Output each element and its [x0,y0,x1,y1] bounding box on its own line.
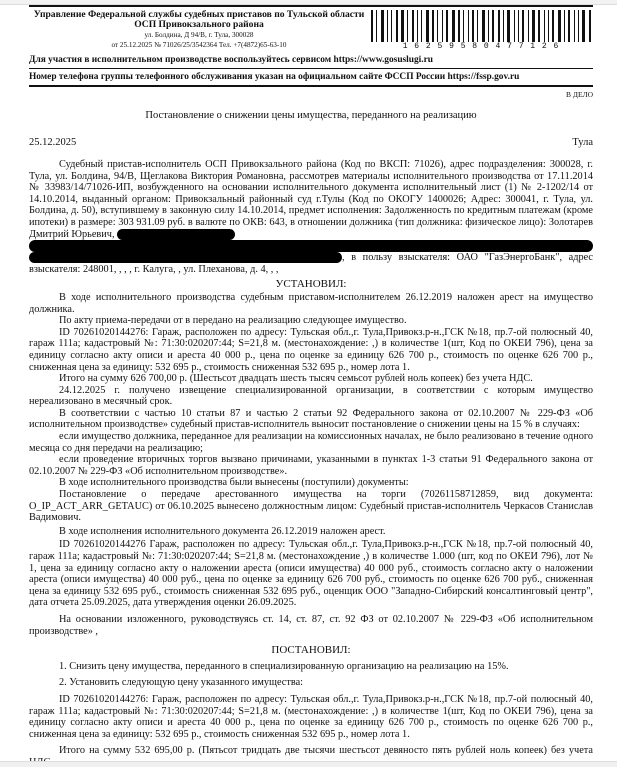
intro-paragraph-cont: , в пользу взыскателя: ОАО "ГазЭнергоБан… [29,252,593,275]
barcode-bar [421,10,422,42]
barcode-bar [548,10,549,42]
barcode-bar [472,10,474,42]
letterhead-org: Управление Федеральной службы судебных п… [29,10,369,51]
resolution-item: 1. Снизить цену имущества, переданного в… [29,661,593,673]
barcode: 1 6 2 5 9 5 8 0 4 7 7 1 2 6 [371,10,591,51]
letterhead: Управление Федеральной службы судебных п… [29,10,593,51]
barcode-bar [417,10,418,42]
barcode-bar [381,10,384,42]
redaction [29,240,593,252]
barcode-bar [522,10,524,42]
paragraph: В ходе исполнения исполнительного докуме… [29,526,593,538]
barcode-bar [582,10,585,42]
barcode-bar [391,10,392,42]
document-page: Управление Федеральной службы судебных п… [29,4,593,767]
phone-notice: Номер телефона группы телефонного обслуж… [29,72,593,87]
barcode-bar [432,10,434,42]
barcode-bar [507,10,510,42]
resolution-item: 2. Установить следующую цену указанного … [29,677,593,689]
barcode-bar [503,10,504,42]
redaction [117,229,235,240]
paragraph: Постановление о передаче арестованного и… [29,489,593,524]
barcode-bar [552,10,554,42]
barcode-bar [412,10,414,42]
barcode-bar [468,10,469,42]
barcode-bar [498,10,500,42]
header-top-rule [29,5,593,7]
paragraph: 24.12.2025 г. получено извещение специал… [29,385,593,408]
barcode-bar [401,10,404,42]
barcode-bar [458,10,460,42]
intro-paragraph: Судебный пристав-исполнитель ОСП Привокз… [29,159,593,240]
intro-text: Судебный пристав-исполнитель ОСП Привокз… [29,159,593,240]
postanovil-heading: ПОСТАНОВИЛ: [29,645,593,657]
barcode-bar [452,10,455,42]
barcode-bar [532,10,535,42]
barcode-bar [482,10,485,42]
barcode-bars-icon [371,10,591,42]
barcode-bar [514,10,515,42]
barcode-bar [564,10,565,42]
barcode-bar [574,10,575,42]
barcode-bar [371,10,373,42]
document-city: Тула [572,137,593,148]
barcode-bar [387,10,388,42]
paragraph: В ходе исполнительного производства были… [29,477,593,489]
property-item: ID 70261020144276: Гараж, расположен по … [29,327,593,373]
total-paragraph: Итого на сумму 626 700,00 р. (Шестьсот д… [29,373,593,385]
gosuslugi-notice: Для участия в исполнительном производств… [29,55,593,69]
property-item: ID 70261020144276: Гараж, расположен по … [29,694,593,740]
redaction [29,252,342,263]
org-department: ОСП Привокзального района [29,20,369,30]
barcode-bar [446,10,448,42]
viewer-bottom-bar [0,761,617,767]
barcode-bar [463,10,464,42]
barcode-bar [426,10,429,42]
barcode-bar [538,10,540,42]
paragraph: если проведение вторичных торгов вызвано… [29,454,593,477]
barcode-bar [437,10,438,42]
paragraph: На основании изложенного, руководствуясь… [29,614,593,637]
paragraph: В ходе исполнительного производства суде… [29,292,593,315]
barcode-bar [442,10,443,42]
org-address: ул. Болдина, Д 94/В, г. Тула, 300028 [29,30,369,40]
date-city-line: 25.12.2025 Тула [29,137,593,148]
document-body: Судебный пристав-исполнитель ОСП Привокз… [29,159,593,767]
ustanovil-heading: УСТАНОВИЛ: [29,279,593,291]
barcode-bar [568,10,570,42]
barcode-bar [544,10,545,42]
barcode-bar [589,10,591,42]
barcode-bar [528,10,529,42]
document-reference: от 25.12.2025 № 71026/25/3542364 Тел. +7… [29,40,369,50]
barcode-number: 1 6 2 5 9 5 8 0 4 7 7 1 2 6 [371,42,591,51]
file-stamp: В ДЕЛО [29,90,593,99]
paragraph: если имущество должника, переданное для … [29,431,593,454]
document-title: Постановление о снижении цены имущества,… [29,110,593,121]
document-date: 25.12.2025 [29,137,76,148]
barcode-bar [518,10,519,42]
paragraph: В соответствии с частью 10 статьи 87 и ч… [29,408,593,431]
barcode-bar [488,10,489,42]
barcode-bar [407,10,408,42]
barcode-bar [477,10,478,42]
barcode-bar [492,10,494,42]
barcode-bar [376,10,377,42]
property-item: ID 70261020144276 Гараж, расположен по а… [29,539,593,609]
barcode-bar [578,10,579,42]
paragraph: По акту приема-передачи от в передано на… [29,315,593,327]
barcode-bar [396,10,398,42]
barcode-bar [558,10,561,42]
